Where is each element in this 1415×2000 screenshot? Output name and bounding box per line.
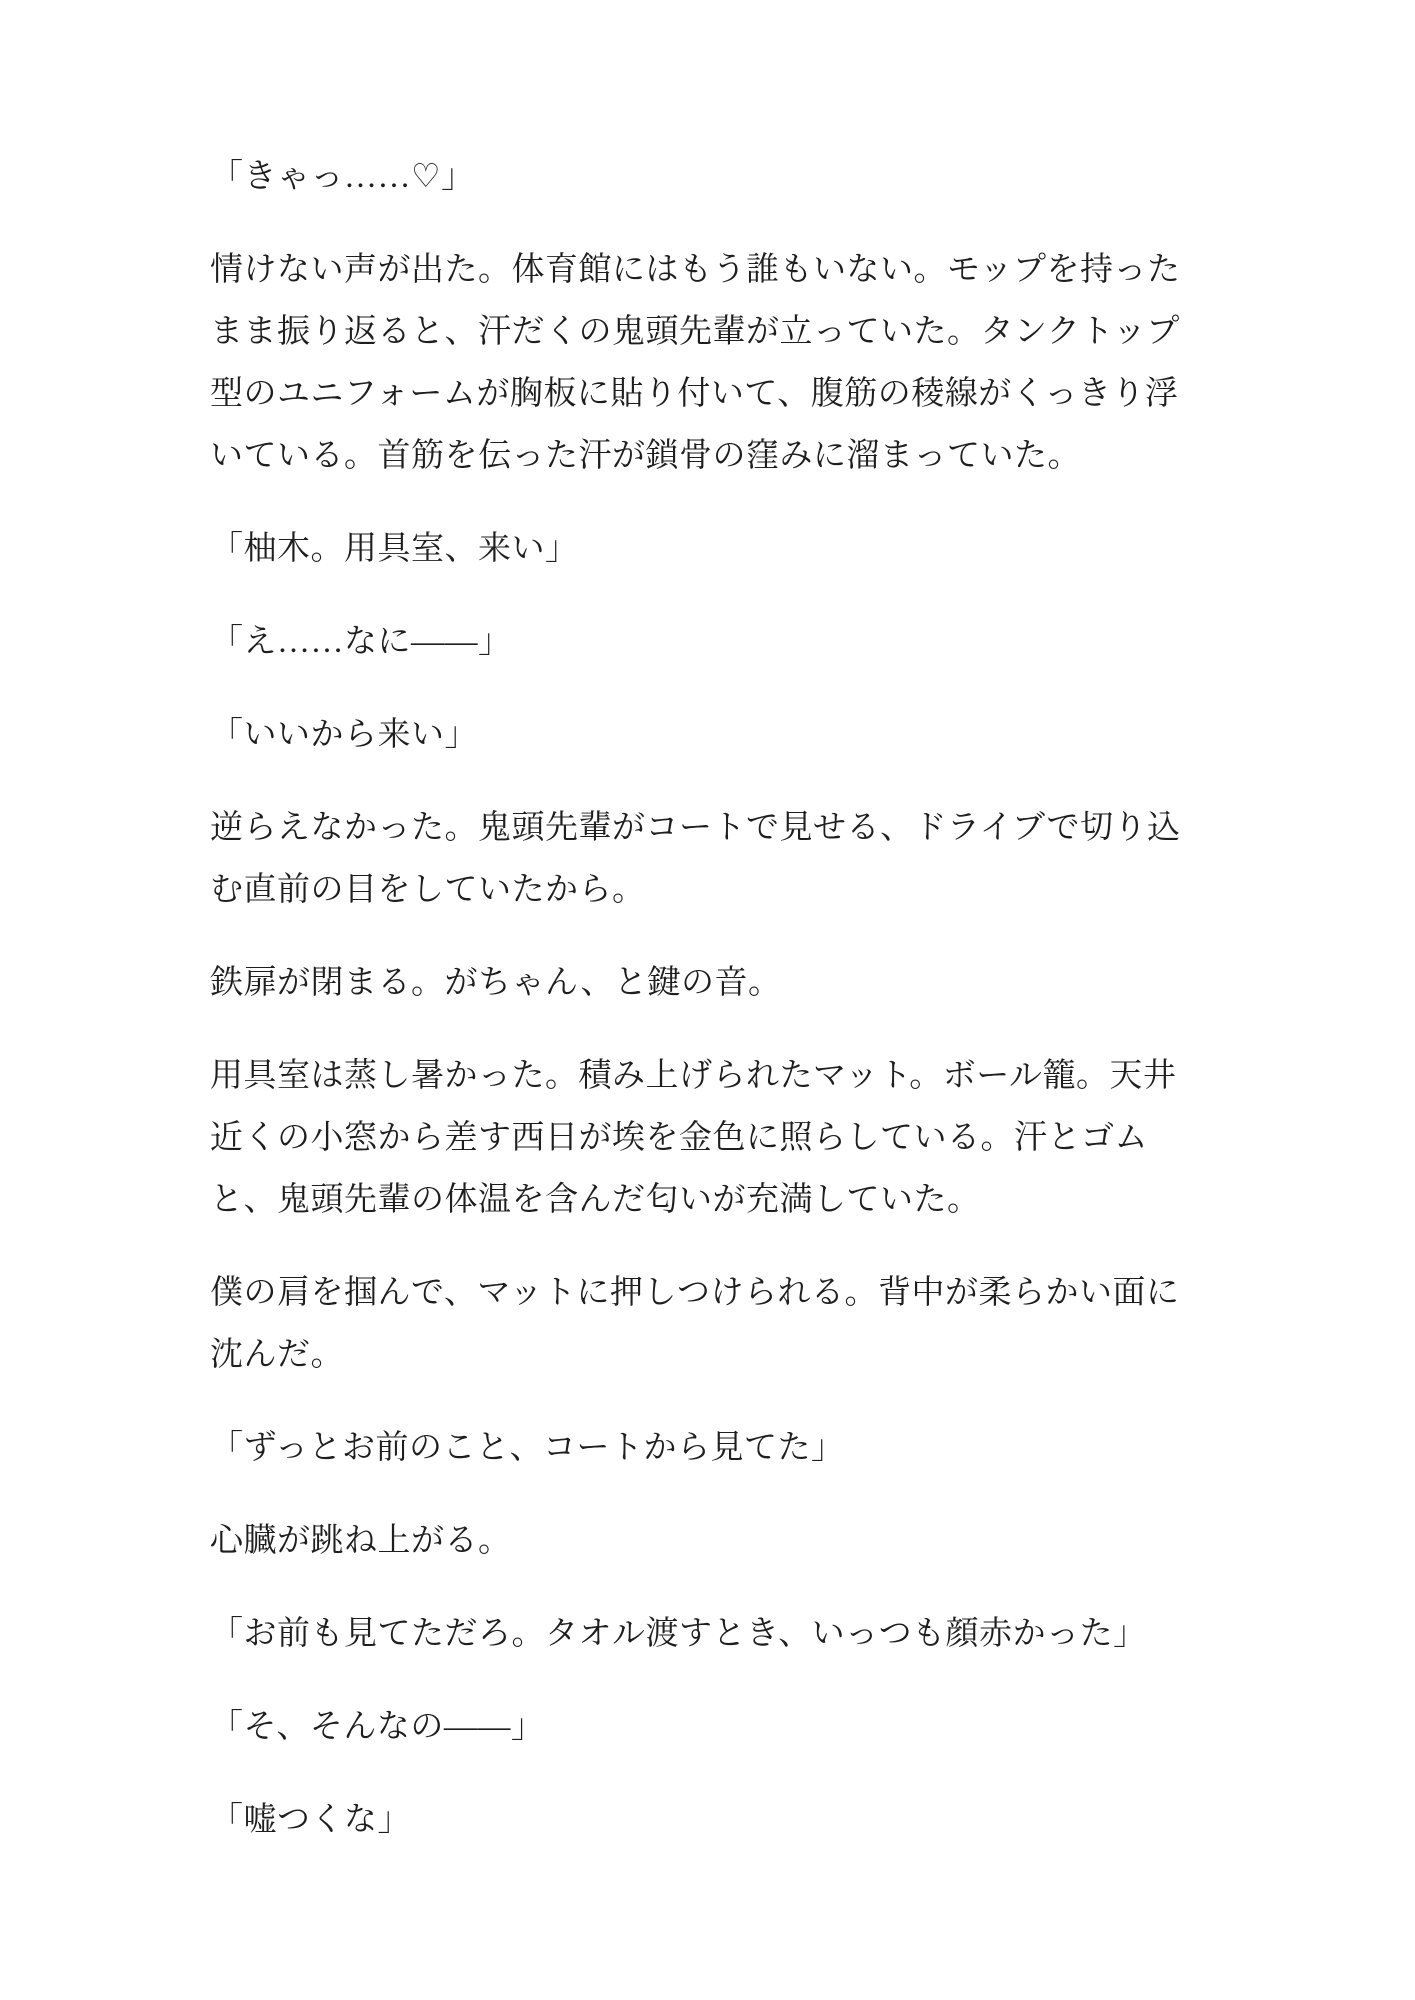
dialogue-paragraph: 「嘘つくな」 bbox=[210, 1789, 1205, 1851]
narration-paragraph: 心臓が跳ね上がる。 bbox=[210, 1510, 1205, 1572]
dialogue-paragraph: 「そ、そんなの——」 bbox=[210, 1696, 1205, 1758]
dialogue-paragraph: 「ずっとお前のこと、コートから見てた」 bbox=[210, 1417, 1205, 1479]
dialogue-paragraph: 「柚木。用具室、来い」 bbox=[210, 518, 1205, 580]
dialogue-paragraph: 「え……なに——」 bbox=[210, 611, 1205, 673]
narration-paragraph: 鉄扉が閉まる。がちゃん、と鍵の音。 bbox=[210, 952, 1205, 1014]
dialogue-paragraph: 「きゃっ……♡」 bbox=[210, 146, 1205, 208]
document-page: 「きゃっ……♡」情けない声が出た。体育館にはもう誰もいない。モップを持ったまま振… bbox=[0, 0, 1415, 2000]
narration-paragraph: 逆らえなかった。鬼頭先輩がコートで見せる、ドライブで切り込む直前の目をしていたか… bbox=[210, 797, 1205, 921]
narration-paragraph: 僕の肩を掴んで、マットに押しつけられる。背中が柔らかい面に沈んだ。 bbox=[210, 1262, 1205, 1386]
narration-paragraph: 用具室は蒸し暑かった。積み上げられたマット。ボール籠。天井近くの小窓から差す西日… bbox=[210, 1045, 1205, 1231]
dialogue-paragraph: 「いいから来い」 bbox=[210, 704, 1205, 766]
text-column: 「きゃっ……♡」情けない声が出た。体育館にはもう誰もいない。モップを持ったまま振… bbox=[210, 146, 1205, 1882]
narration-paragraph: 情けない声が出た。体育館にはもう誰もいない。モップを持ったまま振り返ると、汗だく… bbox=[210, 239, 1205, 487]
dialogue-paragraph: 「お前も見てただろ。タオル渡すとき、いっつも顔赤かった」 bbox=[210, 1603, 1205, 1665]
